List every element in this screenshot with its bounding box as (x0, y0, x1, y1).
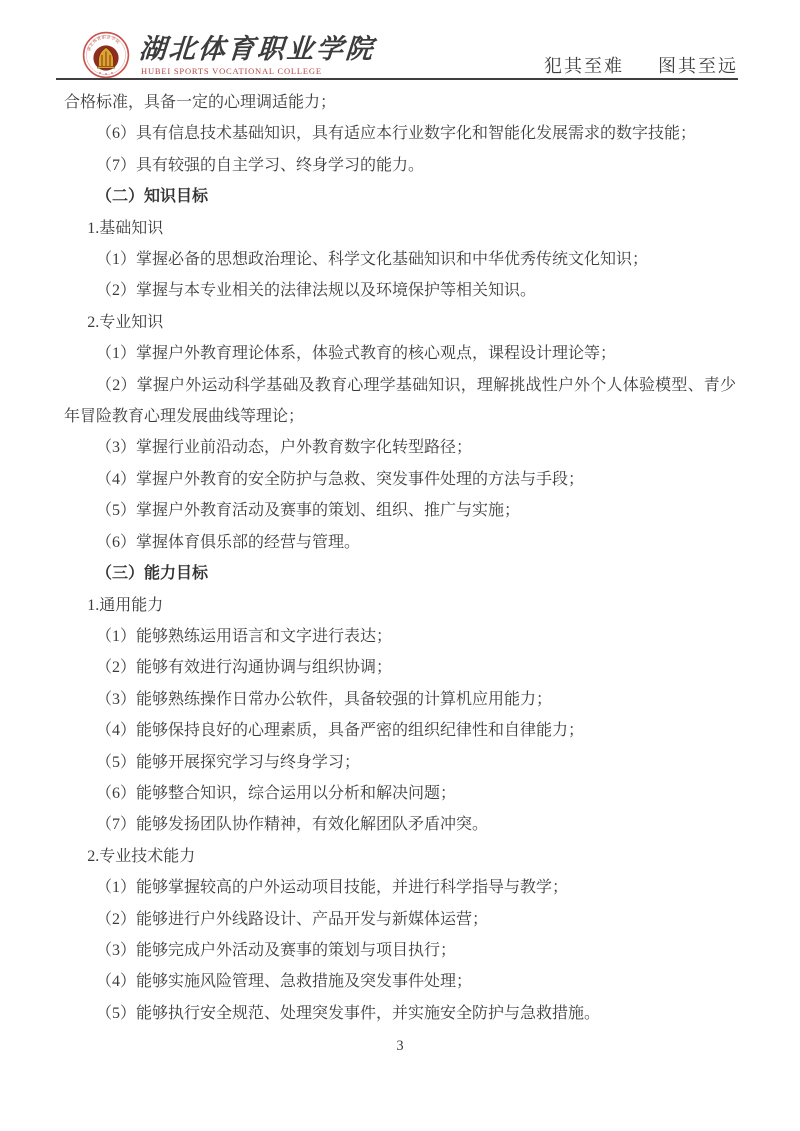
list-item-paragraph: （1）能够掌握较高的户外运动项目技能，并进行科学指导与教学； (64, 872, 736, 903)
list-item-paragraph: （5）能够开展探究学习与终身学习； (64, 747, 736, 778)
list-item-paragraph: （4）能够保持良好的心理素质，具备严密的组织纪律性和自律能力； (64, 715, 736, 746)
list-item-paragraph: （4）能够实施风险管理、急救措施及突发事件处理； (64, 966, 736, 997)
page-number: 3 (0, 1038, 800, 1055)
document-page: 湖北体育职业学院 湖北体育职业学院 HUBEI SPORTS VOCATIONA… (0, 0, 800, 1131)
list-item-paragraph: （1）掌握户外教育理论体系，体验式教育的核心观点，课程设计理论等； (64, 338, 736, 369)
motto-left: 犯其至难 (544, 56, 624, 76)
subsection-heading: 2.专业技术能力 (64, 841, 736, 872)
list-item-paragraph: （7）能够发扬团队协作精神，有效化解团队矛盾冲突。 (64, 809, 736, 840)
list-item-paragraph: （6）能够整合知识，综合运用以分析和解决问题； (64, 778, 736, 809)
college-motto: 犯其至难图其至远 (544, 52, 738, 78)
subsection-heading: 1.通用能力 (64, 590, 736, 621)
section-heading: （三）能力目标 (64, 558, 736, 589)
list-item-paragraph: （3）能够熟练操作日常办公软件，具备较强的计算机应用能力； (64, 684, 736, 715)
subsection-heading: 1.基础知识 (64, 213, 736, 244)
list-item-paragraph: （2）掌握户外运动科学基础及教育心理学基础知识，理解挑战性户外个人体验模型、青少… (64, 370, 736, 433)
college-name-zh: 湖北体育职业学院 (138, 34, 376, 64)
college-logo-emblem: 湖北体育职业学院 (82, 31, 130, 79)
list-item-paragraph: （6）掌握体育俱乐部的经营与管理。 (64, 527, 736, 558)
list-item-paragraph: （7）具有较强的自主学习、终身学习的能力。 (64, 150, 736, 181)
list-item-paragraph: （5）能够执行安全规范、处理突发事件，并实施安全防护与急救措施。 (64, 998, 736, 1029)
list-item-paragraph: （6）具有信息技术基础知识，具有适应本行业数字化和智能化发展需求的数字技能； (64, 118, 736, 149)
list-item-paragraph: （1）能够熟练运用语言和文字进行表达； (64, 621, 736, 652)
header-divider (56, 78, 738, 80)
document-body: 合格标准，具备一定的心理调适能力； （6）具有信息技术基础知识，具有适应本行业数… (64, 87, 736, 1029)
list-item-paragraph: （2）能够进行户外线路设计、产品开发与新媒体运营； (64, 904, 736, 935)
list-item-paragraph: （5）掌握户外教育活动及赛事的策划、组织、推广与实施； (64, 495, 736, 526)
list-item-paragraph: （2）能够有效进行沟通协调与组织协调； (64, 652, 736, 683)
college-name-en: HUBEI SPORTS VOCATIONAL COLLEGE (141, 66, 375, 76)
college-brand: 湖北体育职业学院 湖北体育职业学院 HUBEI SPORTS VOCATIONA… (82, 31, 375, 79)
subsection-heading: 2.专业知识 (64, 307, 736, 338)
list-item-paragraph: （3）能够完成户外活动及赛事的策划与项目执行； (64, 935, 736, 966)
motto-right: 图其至远 (658, 56, 738, 76)
college-name-block: 湖北体育职业学院 HUBEI SPORTS VOCATIONAL COLLEGE (139, 34, 375, 76)
list-item-paragraph: （3）掌握行业前沿动态，户外教育数字化转型路径； (64, 432, 736, 463)
continuation-paragraph: 合格标准，具备一定的心理调适能力； (64, 87, 736, 118)
list-item-paragraph: （1）掌握必备的思想政治理论、科学文化基础知识和中华优秀传统文化知识； (64, 244, 736, 275)
section-heading: （二）知识目标 (64, 181, 736, 212)
list-item-paragraph: （4）掌握户外教育的安全防护与急救、突发事件处理的方法与手段； (64, 464, 736, 495)
list-item-paragraph: （2）掌握与本专业相关的法律法规以及环境保护等相关知识。 (64, 275, 736, 306)
